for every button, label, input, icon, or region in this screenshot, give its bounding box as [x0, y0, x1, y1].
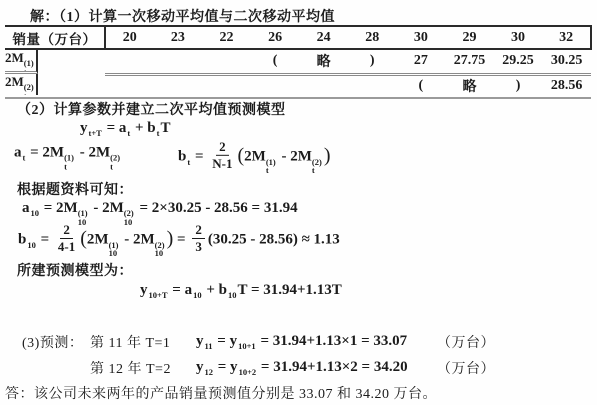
ma2-cell: 略 — [445, 74, 494, 98]
formula-a-general: at = 2M(1)t - 2M(2)t — [14, 145, 122, 172]
unit12-label: （万台） — [437, 358, 495, 378]
ma2-cell — [299, 74, 348, 98]
parameter-formula-row: at = 2M(1)t - 2M(2)t bt = 2N-1(2M(1)t - … — [0, 140, 597, 176]
table-row-first-ma: 2M(1)t ( 略 ) 27 27.75 29.25 30.25 — [5, 49, 591, 74]
sales-value: 30 — [494, 26, 543, 49]
sales-value: 28 — [348, 26, 397, 49]
table-row-second-ma: 2M(2)t ( 略 ) 28.56 — [5, 74, 591, 98]
formula-model-general: yt+T = at + btT — [80, 120, 171, 137]
section2-heading: （2）计算参数并建立二次平均值预测模型 — [17, 99, 286, 119]
sales-value: 29 — [445, 26, 494, 49]
ma1-cell — [105, 49, 154, 74]
ma2-cell — [154, 74, 203, 98]
ma1-cell: 29.25 — [494, 49, 543, 74]
ma2-cell — [251, 74, 300, 98]
formula-b10: b10 = 24-1(2M(1)10 - 2M(2)10) = 23(30.25… — [18, 224, 340, 258]
formula-b-general: bt = 2N-1(2M(1)t - 2M(2)t) — [178, 141, 330, 175]
ma2-cell: ) — [494, 74, 543, 98]
sales-value: 23 — [154, 26, 203, 49]
ma1-cell: 27 — [397, 49, 446, 74]
ma1-cell — [154, 49, 203, 74]
sales-value: 26 — [251, 26, 300, 49]
sales-value: 22 — [202, 26, 251, 49]
prediction-line-11: (3)预测： 第 11 年 T=1 y11 = y10+1 = 31.94+1.… — [0, 332, 597, 354]
ma1-cell: ( — [251, 49, 300, 74]
ma1-cell: ) — [348, 49, 397, 74]
row-label-second-ma: 2M(2)t — [5, 74, 38, 95]
ma2-cell: 28.56 — [542, 74, 591, 98]
ma1-cell — [202, 49, 251, 74]
sales-value: 24 — [299, 26, 348, 49]
known-data-label: 根据题资料可知： — [17, 179, 133, 199]
section3-prefix: (3)预测： — [22, 332, 83, 352]
unit11-label: （万台） — [437, 332, 495, 352]
moving-average-table: 销量（万台） 20 23 22 26 24 28 30 29 30 32 2M(… — [5, 25, 592, 99]
ma2-cell — [105, 74, 154, 98]
year11-label: 第 11 年 T=1 — [90, 332, 170, 352]
ma1-cell: 略 — [299, 49, 348, 74]
sales-value: 32 — [542, 26, 591, 49]
formula-model-10: y10+T = a10 + b10T = 31.94+1.13T — [140, 282, 342, 299]
row-label-first-ma: 2M(1)t — [5, 50, 38, 74]
ma2-cell — [348, 74, 397, 98]
ma2-cell — [202, 74, 251, 98]
ma1-cell: 27.75 — [445, 49, 494, 74]
ma2-cell: ( — [397, 74, 446, 98]
table-header-row: 销量（万台） 20 23 22 26 24 28 30 29 30 32 — [5, 26, 591, 49]
answer-line: 答：该公司未来两年的产品销量预测值分别是 33.07 和 34.20 万台。 — [5, 383, 437, 403]
table-header-label: 销量（万台） — [5, 26, 105, 49]
sales-value: 20 — [105, 26, 154, 49]
model-label: 所建预测模型为： — [17, 260, 133, 280]
year12-label: 第 12 年 T=2 — [90, 358, 171, 378]
formula-pred12: y12 = y10+2 = 31.94+1.13×2 = 34.20 — [196, 359, 408, 376]
document-page: 解：（1）计算一次移动平均值与二次移动平均值 销量（万台） 20 23 22 2… — [0, 0, 597, 405]
sales-value: 30 — [397, 26, 446, 49]
solution-title: 解：（1）计算一次移动平均值与二次移动平均值 — [30, 6, 335, 26]
formula-pred11: y11 = y10+1 = 31.94+1.13×1 = 33.07 — [196, 333, 407, 350]
prediction-line-12: 第 12 年 T=2 y12 = y10+2 = 31.94+1.13×2 = … — [0, 358, 597, 380]
ma1-cell: 30.25 — [542, 49, 591, 74]
